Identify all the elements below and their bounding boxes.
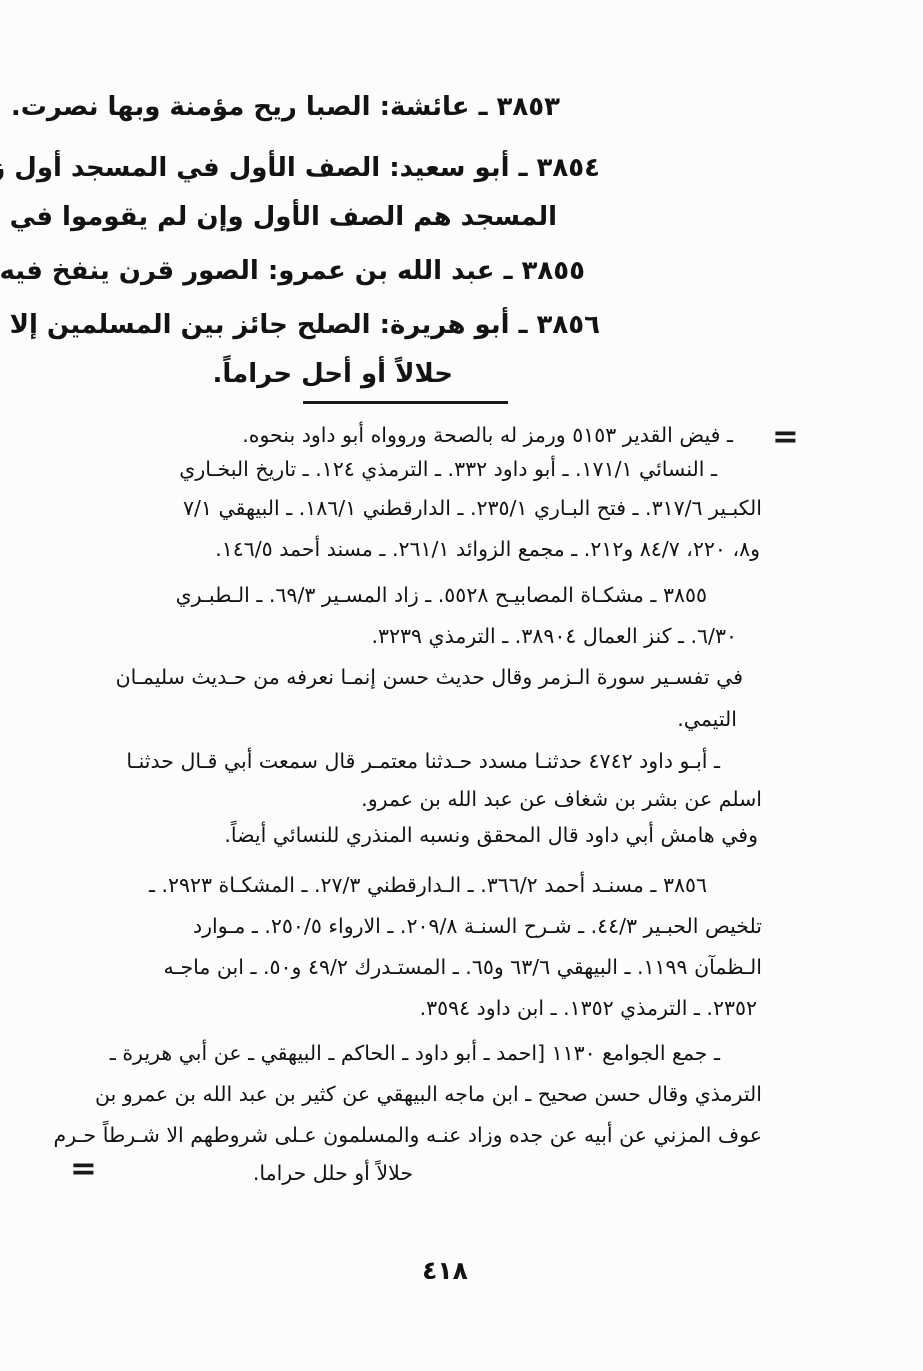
continuation-mark-bottom: =: [70, 1152, 97, 1184]
footnote-fayd-alqadir-line: ـ فيض القدير ٥١٥٣ ورمز له بالصحة وروواه …: [242, 423, 733, 447]
footnote-jam-aljawami-line-3: عوف المزني عن أبيه عن جده وزاد عنـه والم…: [54, 1123, 762, 1147]
footnote-abudawud-line-3: وفي هامش أبي داود قال المحقق ونسبه المنذ…: [224, 823, 758, 847]
footnote-jam-aljawami-line-1: ـ جمع الجوامع ١١٣٠ [احمد ـ أبو داود ـ ال…: [110, 1041, 720, 1065]
footnote-abudawud-line-2: اسلم عن بشر بن شغاف عن عبد الله بن عمرو.: [361, 787, 762, 811]
footnote-sources-line-3: و٨، ٢٢٠، ٨٤/٧ و٢١٢. ـ مجمع الزوائد ٢٦١/١…: [215, 537, 760, 561]
footnote-jam-aljawami-line-2: الترمذي وقال حسن صحيح ـ ابن ماجه البيهقي…: [95, 1082, 762, 1106]
hadith-3854-line-2: المسجد هم الصف الأول وإن لم يقوموا في أو…: [0, 202, 557, 232]
hadith-3854-line-1: ٣٨٥٤ ـ أبو سعيد: الصف الأول في المسجد أو…: [0, 153, 600, 183]
hadith-3856-line-2: حلالاً أو أحل حراماً.: [213, 359, 454, 389]
footnote-3855-line-3: في تفسـير سورة الـزمر وقال حديث حسن إنمـ…: [116, 665, 743, 689]
footnote-3856-line-1: ٣٨٥٦ ـ مسنـد أحمد ٣٦٦/٢. ـ الـدارقطني ٢٧…: [149, 873, 707, 897]
footnote-3855-line-2: ٦/٣٠. ـ كنز العمال ٣٨٩٠٤. ـ الترمذي ٣٢٣٩…: [371, 624, 737, 648]
footnote-jam-aljawami-line-4: حلالاً أو حلل حراما.: [253, 1161, 413, 1185]
footnote-3855-line-4: التيمي.: [677, 707, 737, 731]
footnote-3855-line-1: ٣٨٥٥ ـ مشكـاة المصابيـح ٥٥٢٨. ـ زاد المس…: [176, 583, 707, 607]
continuation-mark-top: =: [772, 420, 799, 452]
footnote-3856-line-3: الـظمآن ١١٩٩. ـ البيهقي ٦٣/٦ و٦٥. ـ المس…: [164, 955, 762, 979]
book-page: ٣٨٥٣ ـ عائشة: الصبا ريح مؤمنة وبها نصرت.…: [0, 0, 923, 1371]
hadith-3856-line-1: ٣٨٥٦ ـ أبو هريرة: الصلح جائز بين المسلمي…: [0, 310, 600, 340]
footnote-sources-line-2: الكبـير ٣١٧/٦. ـ فتح البـاري ٢٣٥/١. ـ ال…: [183, 496, 762, 520]
hadith-3855-line-1: ٣٨٥٥ ـ عبد الله بن عمرو: الصور قرن ينفخ …: [0, 256, 585, 286]
footnote-separator-rule: [303, 401, 508, 404]
footnote-abudawud-line-1: ـ أبـو داود ٤٧٤٢ حدثنـا مسدد حـدثنا معتم…: [126, 749, 720, 773]
hadith-3853-line-1: ٣٨٥٣ ـ عائشة: الصبا ريح مؤمنة وبها نصرت.: [11, 92, 560, 122]
footnote-sources-line-1: ـ النسائي ١٧١/١. ـ أبو داود ٣٣٢. ـ الترم…: [179, 457, 717, 481]
page-number: ٤١٨: [380, 1256, 510, 1285]
footnote-3856-line-4: ٢٣٥٢. ـ الترمذي ١٣٥٢. ـ ابن داود ٣٥٩٤.: [420, 996, 757, 1020]
footnote-3856-line-2: تلخيص الحبـير ٤٤/٣. ـ شـرح السنـة ٢٠٩/٨.…: [193, 914, 762, 938]
